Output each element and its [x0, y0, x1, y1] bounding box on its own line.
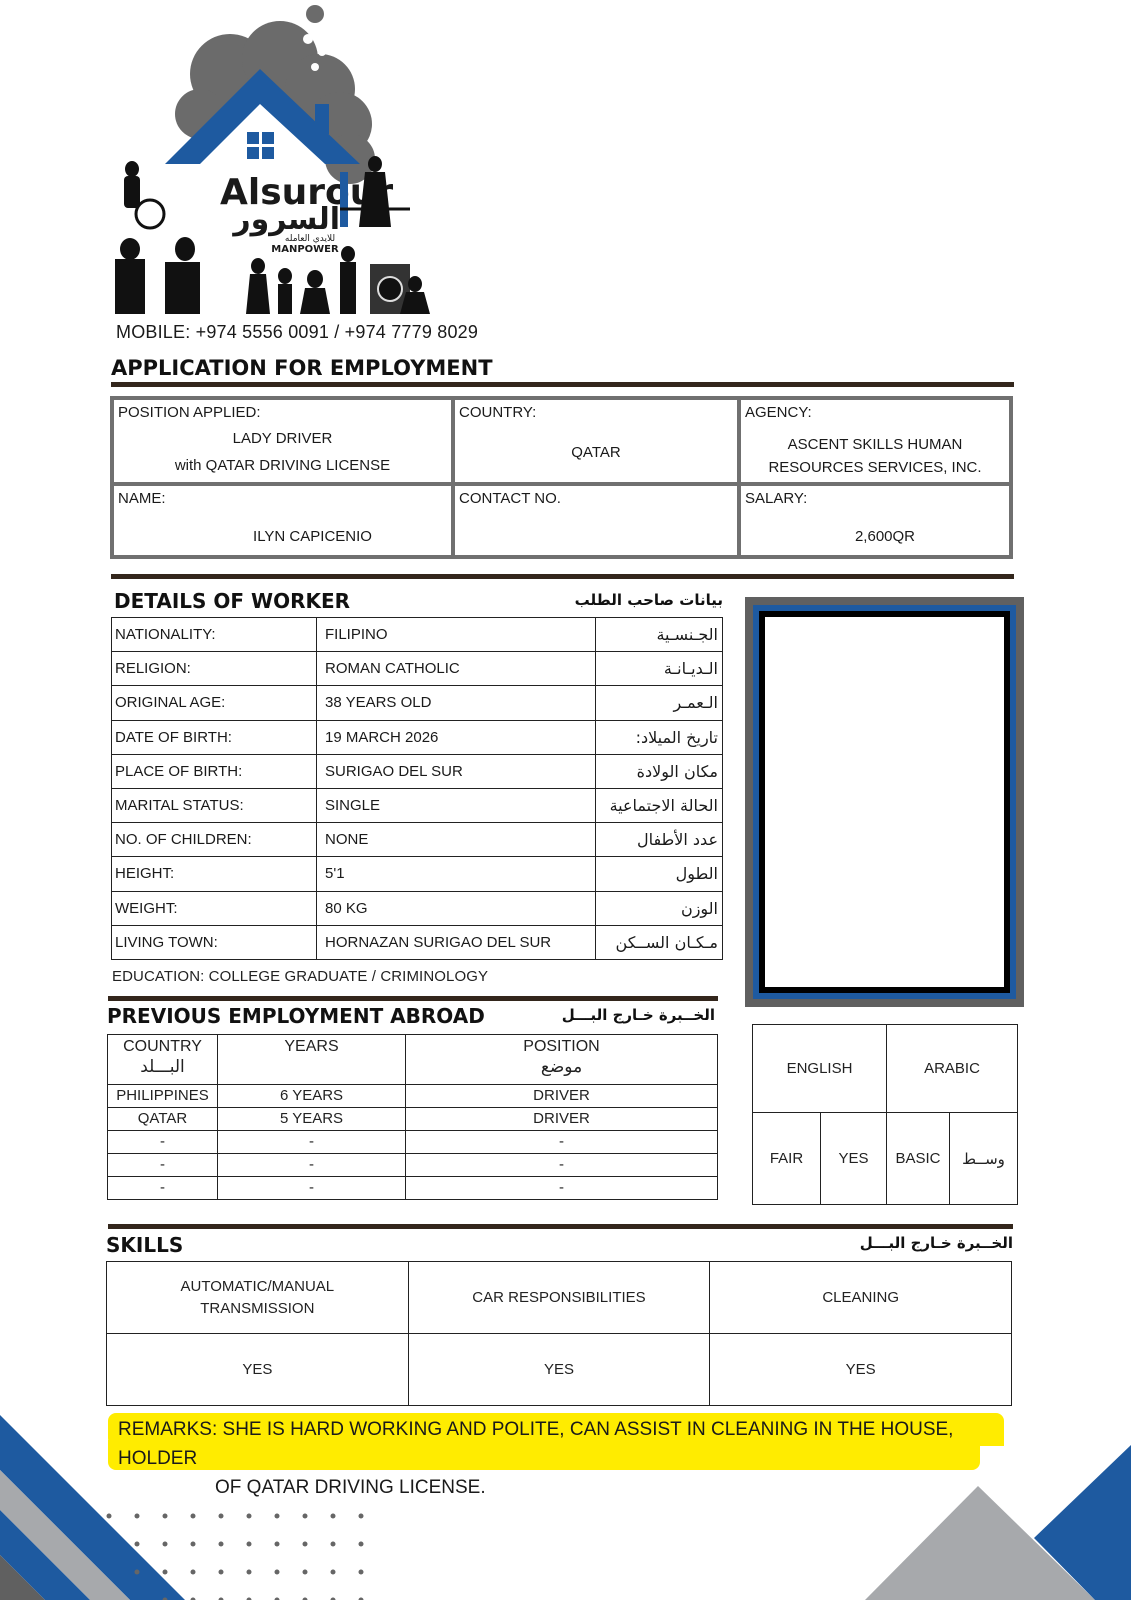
employment-cell: - — [218, 1131, 406, 1154]
salary-value: 2,600QR — [741, 524, 1009, 550]
column-years: YEARS — [218, 1035, 406, 1085]
employment-cell: - — [406, 1131, 718, 1154]
skill-value: YES — [107, 1334, 409, 1406]
arabic-value: وســط — [950, 1113, 1018, 1205]
detail-value: 38 YEARS OLD — [317, 686, 596, 720]
agency-value-line2: RESOURCES SERVICES, INC. — [741, 455, 1009, 481]
country-value: QATAR — [455, 440, 737, 466]
photo-frame — [745, 597, 1024, 1007]
employment-row: QATAR5 YEARSDRIVER — [108, 1108, 718, 1131]
skill-name: CLEANING — [710, 1262, 1012, 1334]
english-level: FAIR — [753, 1113, 821, 1205]
skills-heading: SKILLS — [106, 1233, 183, 1257]
detail-value: 80 KG — [317, 891, 596, 925]
employment-cell: DRIVER — [406, 1085, 718, 1108]
remarks-line2: OF QATAR DRIVING LICENSE. — [118, 1473, 1008, 1502]
skill-value: YES — [710, 1334, 1012, 1406]
name-cell: NAME: ILYN CAPICENIO — [114, 486, 451, 555]
title-rule — [111, 382, 1014, 387]
detail-label-arabic: الجـنسـية — [596, 618, 723, 652]
detail-label: PLACE OF BIRTH: — [112, 754, 317, 788]
skill-name: AUTOMATIC/MANUALTRANSMISSION — [107, 1262, 409, 1334]
details-row: PLACE OF BIRTH:SURIGAO DEL SURمكان الولا… — [112, 754, 723, 788]
detail-value: NONE — [317, 823, 596, 857]
details-row: LIVING TOWN:HORNAZAN SURIGAO DEL SURمـكـ… — [112, 925, 723, 959]
salary-label: SALARY: — [745, 490, 1005, 507]
skills-heading-arabic: الخــبرة خـارج البـــل — [840, 1234, 1013, 1252]
detail-value: 19 MARCH 2026 — [317, 720, 596, 754]
employment-row: --- — [108, 1177, 718, 1200]
previous-employment-table: COUNTRYالبـــلد YEARS POSITIONموضع PHILI… — [107, 1034, 718, 1200]
details-row: WEIGHT:80 KGالوزن — [112, 891, 723, 925]
employment-cell: DRIVER — [406, 1108, 718, 1131]
employment-cell: PHILIPPINES — [108, 1085, 218, 1108]
employment-cell: - — [108, 1154, 218, 1177]
position-value: LADY DRIVER — [114, 426, 451, 452]
position-cell: POSITION APPLIED: LADY DRIVER with QATAR… — [114, 400, 451, 482]
detail-label-arabic: مكان الولادة — [596, 754, 723, 788]
position-value-line2: with QATAR DRIVING LICENSE — [114, 453, 451, 479]
details-row: HEIGHT:5'1الطول — [112, 857, 723, 891]
detail-label: WEIGHT: — [112, 891, 317, 925]
detail-label-arabic: الوزن — [596, 891, 723, 925]
country-label: COUNTRY: — [459, 404, 733, 421]
detail-label-arabic: الحالة الاجتماعية — [596, 788, 723, 822]
language-table: ENGLISH ARABIC FAIR YES BASIC وســط — [752, 1024, 1018, 1205]
contact-cell: CONTACT NO. — [455, 486, 737, 555]
prev-employment-heading: PREVIOUS EMPLOYMENT ABROAD — [107, 1004, 485, 1028]
employment-cell: - — [406, 1177, 718, 1200]
detail-label-arabic: تاريخ الميلاد: — [596, 720, 723, 754]
details-heading: DETAILS OF WORKER — [114, 589, 350, 613]
detail-value: FILIPINO — [317, 618, 596, 652]
svg-text:MANPOWER: MANPOWER — [271, 244, 339, 255]
detail-label: DATE OF BIRTH: — [112, 720, 317, 754]
column-position: POSITIONموضع — [406, 1035, 718, 1085]
details-heading-arabic: بيانات صاحب الطلب — [560, 591, 723, 609]
arabic-level: BASIC — [887, 1113, 950, 1205]
details-row: DATE OF BIRTH:19 MARCH 2026تاريخ الميلاد… — [112, 720, 723, 754]
detail-label-arabic: الـديـانـة — [596, 652, 723, 686]
svg-text:السرور: السرور — [231, 202, 340, 237]
detail-value: HORNAZAN SURIGAO DEL SUR — [317, 925, 596, 959]
employment-cell: 6 YEARS — [218, 1085, 406, 1108]
employment-row: --- — [108, 1131, 718, 1154]
detail-label: LIVING TOWN: — [112, 925, 317, 959]
page-title: APPLICATION FOR EMPLOYMENT — [111, 356, 493, 380]
name-value: ILYN CAPICENIO — [114, 524, 451, 550]
employment-row: --- — [108, 1154, 718, 1177]
details-row: ORIGINAL AGE:38 YEARS OLDالـعمـر — [112, 686, 723, 720]
detail-label: MARITAL STATUS: — [112, 788, 317, 822]
employment-cell: - — [108, 1131, 218, 1154]
detail-value: 5'1 — [317, 857, 596, 891]
english-value: YES — [821, 1113, 887, 1205]
agency-label: AGENCY: — [745, 404, 1005, 421]
detail-label-arabic: الـعمـر — [596, 686, 723, 720]
employment-cell: - — [406, 1154, 718, 1177]
detail-label: NATIONALITY: — [112, 618, 317, 652]
details-row: NATIONALITY:FILIPINOالجـنسـية — [112, 618, 723, 652]
mobile-numbers: MOBILE: +974 5556 0091 / +974 7779 8029 — [116, 322, 478, 343]
details-row: RELIGION:ROMAN CATHOLICالـديـانـة — [112, 652, 723, 686]
skill-value: YES — [408, 1334, 710, 1406]
detail-label: ORIGINAL AGE: — [112, 686, 317, 720]
agency-cell: AGENCY: ASCENT SKILLS HUMAN RESOURCES SE… — [741, 400, 1009, 482]
detail-label: HEIGHT: — [112, 857, 317, 891]
section-rule — [111, 574, 1014, 579]
svg-text:للايدي العامله: للايدي العامله — [285, 234, 335, 244]
detail-label-arabic: عدد الأطفال — [596, 823, 723, 857]
detail-value: SINGLE — [317, 788, 596, 822]
prev-employment-rule — [108, 996, 718, 1001]
employment-cell: - — [218, 1154, 406, 1177]
language-arabic: ARABIC — [887, 1025, 1018, 1113]
skills-table: AUTOMATIC/MANUALTRANSMISSIONCAR RESPONSI… — [106, 1261, 1012, 1406]
salary-cell: SALARY: 2,600QR — [741, 486, 1009, 555]
remarks: REMARKS: SHE IS HARD WORKING AND POLITE,… — [118, 1415, 1008, 1502]
column-country: COUNTRYالبـــلد — [108, 1035, 218, 1085]
details-row: MARITAL STATUS:SINGLEالحالة الاجتماعية — [112, 788, 723, 822]
employment-cell: - — [218, 1177, 406, 1200]
name-label: NAME: — [118, 490, 447, 507]
detail-label-arabic: الطول — [596, 857, 723, 891]
alsurour-manpower-logo: Alsurour السرور للايدي العامله MANPOWER — [110, 4, 440, 326]
worker-details-table: NATIONALITY:FILIPINOالجـنسـيةRELIGION:RO… — [111, 617, 723, 960]
country-cell: COUNTRY: QATAR — [455, 400, 737, 482]
language-english: ENGLISH — [753, 1025, 887, 1113]
detail-label-arabic: مـكـان الســكن — [596, 925, 723, 959]
employment-cell: - — [108, 1177, 218, 1200]
detail-label: RELIGION: — [112, 652, 317, 686]
employment-row: PHILIPPINES6 YEARSDRIVER — [108, 1085, 718, 1108]
details-row: NO. OF CHILDREN:NONEعدد الأطفال — [112, 823, 723, 857]
photo-placeholder — [759, 611, 1010, 993]
employment-cell: 5 YEARS — [218, 1108, 406, 1131]
detail-value: ROMAN CATHOLIC — [317, 652, 596, 686]
skill-name: CAR RESPONSIBILITIES — [408, 1262, 710, 1334]
education: EDUCATION: COLLEGE GRADUATE / CRIMINOLOG… — [112, 968, 488, 985]
employment-cell: QATAR — [108, 1108, 218, 1131]
position-label: POSITION APPLIED: — [118, 404, 447, 421]
skills-rule — [108, 1224, 1013, 1229]
contact-label: CONTACT NO. — [459, 490, 733, 507]
detail-label: NO. OF CHILDREN: — [112, 823, 317, 857]
remarks-line1: REMARKS: SHE IS HARD WORKING AND POLITE,… — [118, 1419, 953, 1469]
detail-value: SURIGAO DEL SUR — [317, 754, 596, 788]
application-info-grid: POSITION APPLIED: LADY DRIVER with QATAR… — [110, 396, 1013, 559]
prev-employment-heading-arabic: الخــبرة خـارج البـــل — [540, 1006, 715, 1024]
